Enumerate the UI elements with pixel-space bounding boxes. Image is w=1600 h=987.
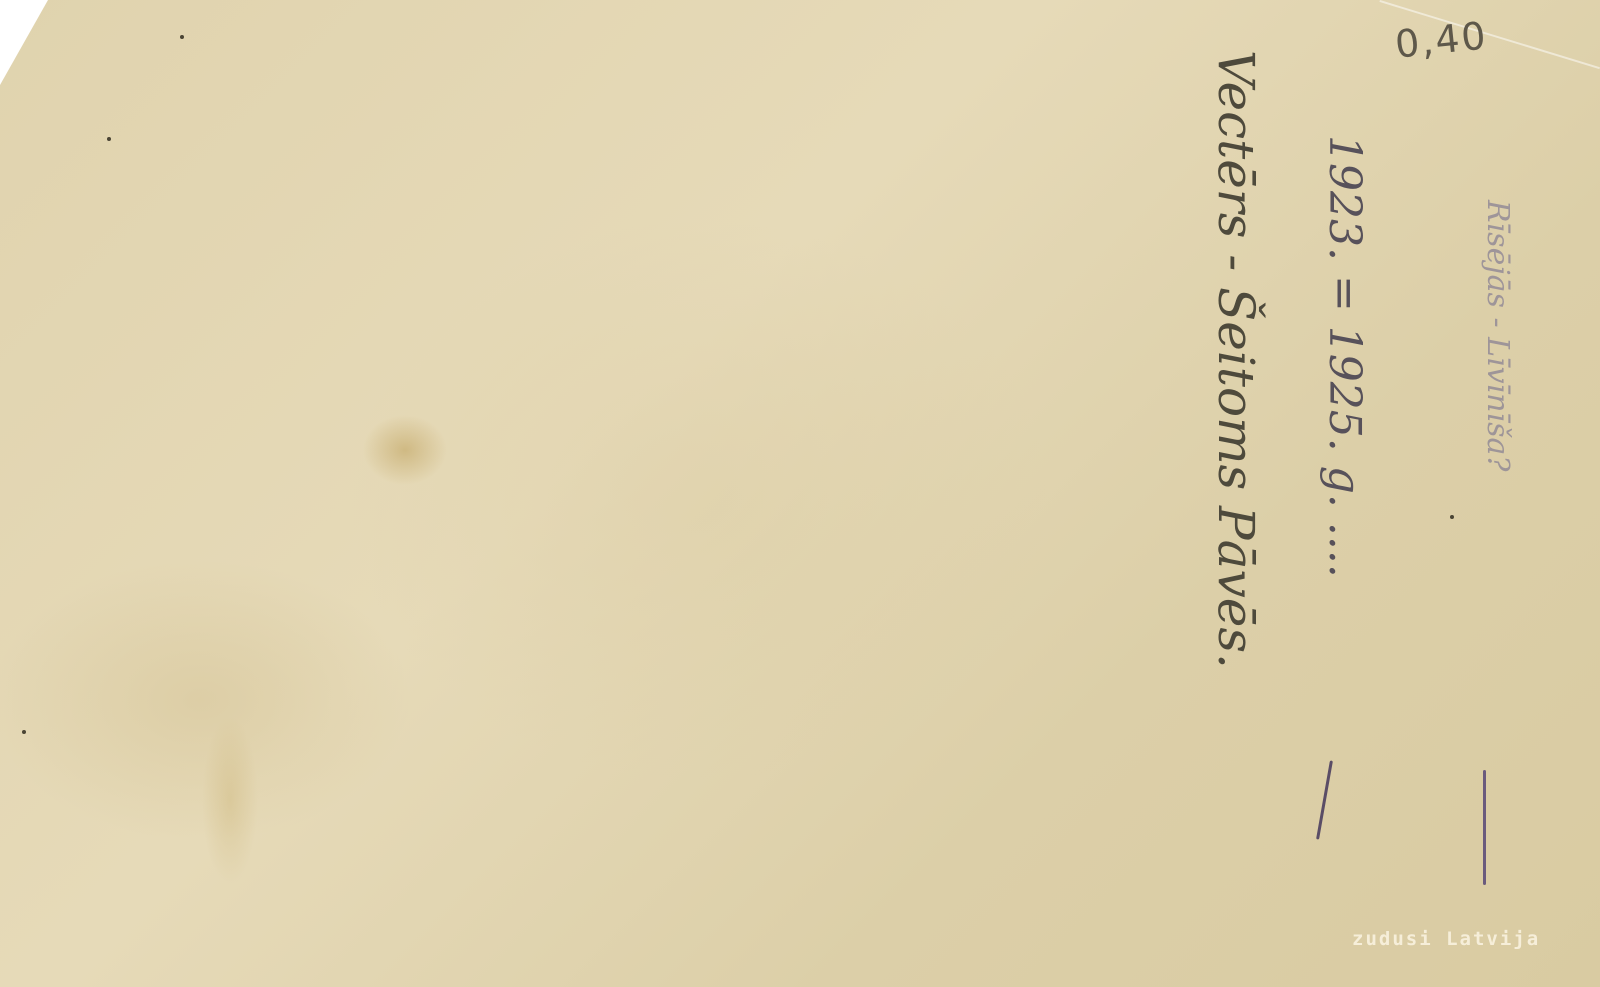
watermark: zudusi Latvija	[1352, 928, 1540, 950]
paper-speck	[1450, 515, 1454, 519]
pen-stroke	[1483, 770, 1486, 885]
paper-speck	[22, 730, 26, 734]
paper-speck	[180, 35, 184, 39]
paper-speck	[107, 137, 111, 141]
handwriting-line-3: Rīsējās - Līvīnīša?	[1480, 200, 1515, 471]
handwriting-line-1: Vectērs - Šeitoms Pāvēs.	[1207, 50, 1265, 669]
handwriting-line-2: 1923. = 1925. g. ....	[1319, 135, 1370, 578]
